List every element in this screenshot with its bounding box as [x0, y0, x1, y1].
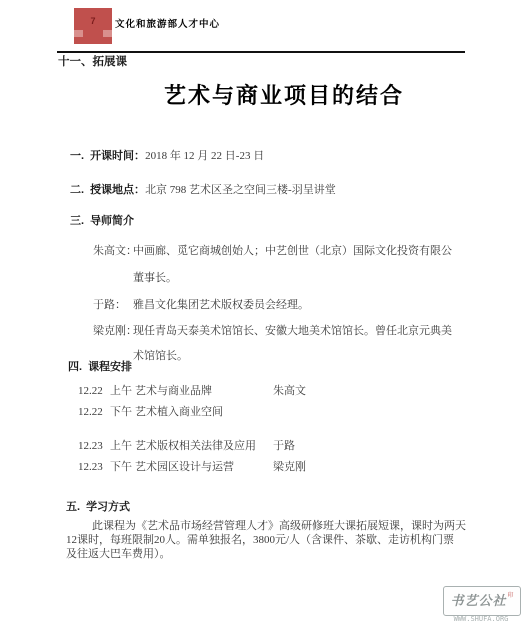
section-schedule: 四.课程安排: [68, 362, 132, 373]
method-paragraph-line-1: 此课程为《艺术品市场经营管理人才》高级研修班大课拓展短课，课时为两天: [66, 521, 466, 532]
page-number: 7: [74, 16, 112, 26]
document-page: 7 文化和旅游部人才中心 十一、拓展课 艺术与商业项目的结合 一.开课时间：20…: [0, 0, 526, 632]
schedule-3-teacher: 于路: [273, 441, 295, 452]
schedule-row-2: 12.22下午艺术植入商业空间: [78, 407, 498, 418]
teacher-3-name: 梁克刚：: [93, 326, 133, 337]
section-method-marker: 五.: [66, 501, 80, 513]
teacher-bio-3-line-2: 术馆馆长。: [133, 351, 188, 362]
org-name: 文化和旅游部人才中心: [115, 16, 220, 30]
section-schedule-marker: 四.: [68, 361, 82, 373]
header-rule: [57, 51, 465, 53]
teacher-bio-1-line-1: 朱高文：中画廊、觅它商城创始人；中艺创世（北京）国际文化投资有限公: [93, 246, 452, 257]
section-teachers: 三.导师简介: [70, 216, 134, 227]
watermark-url: WWW.SHUFA.ORG: [441, 616, 521, 623]
watermark-logo: 书艺公社: [450, 595, 506, 608]
section-location-marker: 二.: [70, 184, 84, 196]
schedule-2-date: 12.22: [78, 407, 110, 418]
teacher-bio-3-line-1: 梁克刚：现任青岛天泰美术馆馆长、安徽大地美术馆馆长。曾任北京元典美: [93, 326, 452, 337]
page-number-tab: 7: [74, 8, 112, 44]
schedule-row-4: 12.23下午艺术园区设计与运营 梁克刚: [78, 462, 498, 473]
schedule-4-period: 下午: [110, 462, 135, 473]
schedule-row-3: 12.23上午艺术版权相关法律及应用 于路: [78, 441, 498, 452]
tab-notch-right: [103, 30, 112, 37]
section-time-marker: 一.: [70, 150, 84, 162]
section-method-label: 学习方式: [86, 501, 130, 513]
section-time-value: 2018 年 12 月 22 日-23 日: [145, 150, 264, 162]
teacher-2-name: 于路：: [93, 300, 133, 311]
method-paragraph-line-3: 及往返大巴车费用）。: [66, 549, 171, 560]
doc-title: 艺术与商业项目的结合: [80, 85, 488, 107]
teacher-1-desc: 中画廊、觅它商城创始人；中艺创世（北京）国际文化投资有限公: [133, 245, 452, 257]
schedule-4-course: 艺术园区设计与运营: [135, 461, 234, 473]
schedule-3-date: 12.23: [78, 441, 110, 452]
schedule-1-period: 上午: [110, 386, 135, 397]
teacher-2-desc: 雅昌文化集团艺术版权委员会经理。: [133, 299, 309, 311]
section-time: 一.开课时间：2018 年 12 月 22 日-23 日: [70, 151, 264, 162]
section-schedule-label: 课程安排: [88, 361, 132, 373]
schedule-1-course: 艺术与商业品牌: [135, 385, 212, 397]
schedule-3-course: 艺术版权相关法律及应用: [135, 440, 256, 452]
section-location-value: 北京 798 艺术区圣之空间三楼-羽呈讲堂: [145, 184, 336, 196]
watermark-box: 书艺公社 印: [443, 586, 521, 616]
schedule-1-date: 12.22: [78, 386, 110, 397]
section-teachers-marker: 三.: [70, 215, 84, 227]
schedule-3-period: 上午: [110, 441, 135, 452]
teacher-3-desc: 现任青岛天泰美术馆馆长、安徽大地美术馆馆长。曾任北京元典美: [133, 325, 452, 337]
schedule-row-1: 12.22上午艺术与商业品牌 朱高文: [78, 386, 498, 397]
teacher-bio-2-line-1: 于路：雅昌文化集团艺术版权委员会经理。: [93, 300, 309, 311]
watermark-seal-icon: 印: [508, 593, 514, 599]
section-location-label: 授课地点：: [90, 184, 145, 196]
schedule-4-date: 12.23: [78, 462, 110, 473]
section-teachers-label: 导师简介: [90, 215, 134, 227]
teacher-bio-1-line-2: 董事长。: [133, 273, 177, 284]
schedule-2-course: 艺术植入商业空间: [135, 406, 223, 418]
method-paragraph-line-2: 12课时，每班限制20人。需单独报名，3800元/人（含课件、茶歇、走访机构门票: [66, 535, 454, 546]
schedule-2-period: 下午: [110, 407, 135, 418]
teacher-1-name: 朱高文：: [93, 246, 133, 257]
tab-notch-left: [74, 30, 83, 37]
schedule-1-teacher: 朱高文: [273, 386, 306, 397]
chapter-label: 十一、拓展课: [58, 57, 127, 69]
section-location: 二.授课地点：北京 798 艺术区圣之空间三楼-羽呈讲堂: [70, 185, 336, 196]
section-method: 五.学习方式: [66, 502, 130, 513]
schedule-4-teacher: 梁克刚: [273, 462, 306, 473]
section-time-label: 开课时间：: [90, 150, 145, 162]
